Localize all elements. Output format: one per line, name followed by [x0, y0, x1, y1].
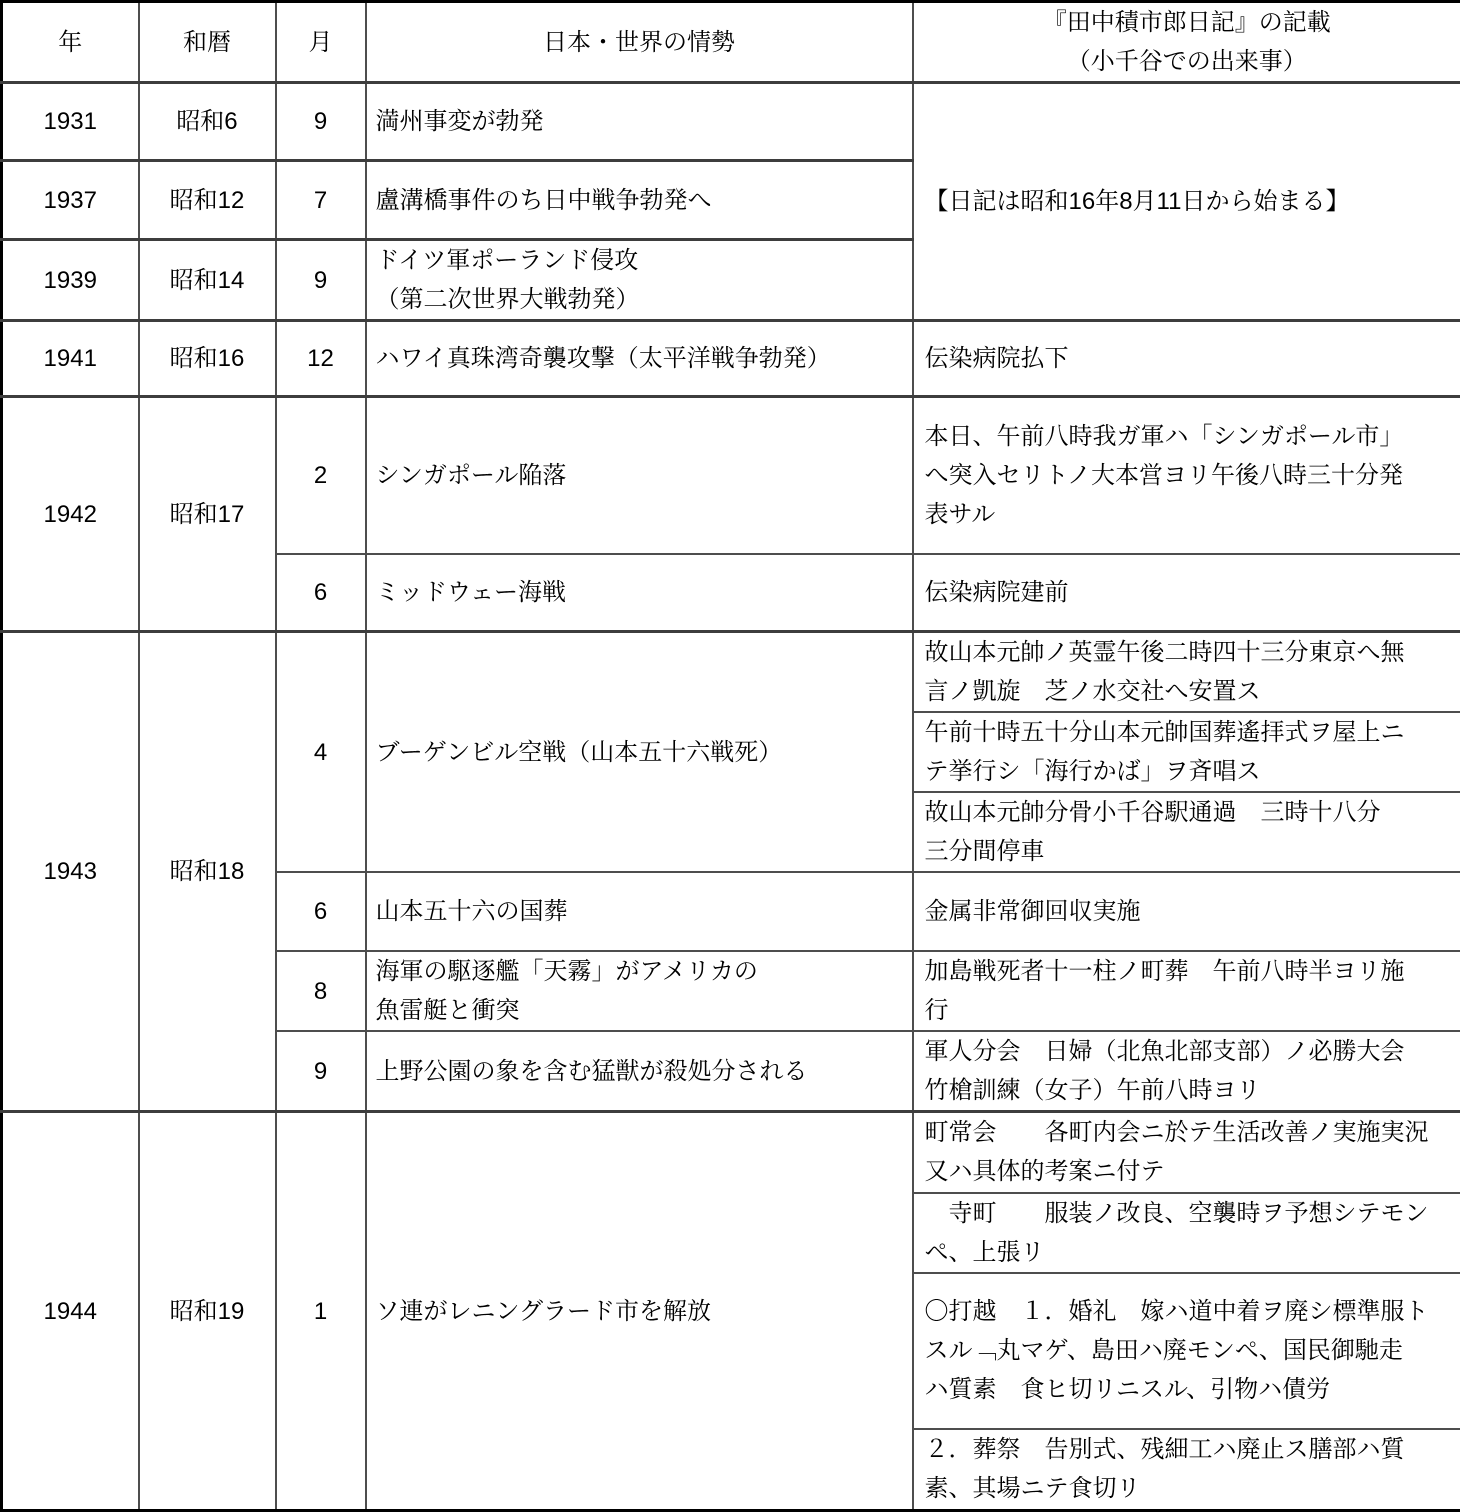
diary-entry-cell: 金属非常御回収実施	[913, 872, 1460, 951]
world-event-cell: ハワイ真珠湾奇襲攻撃（太平洋戦争勃発）	[366, 321, 913, 397]
month-cell: 6	[276, 554, 366, 632]
month-cell: 4	[276, 632, 366, 873]
chronology-table: 年 和暦 月 日本・世界の情勢 『田中積市郎日記』の記載 （小千谷での出来事） …	[0, 0, 1460, 1512]
col-header-month: 月	[276, 2, 366, 83]
year-cell: 1942	[2, 397, 139, 632]
table-header-row: 年 和暦 月 日本・世界の情勢 『田中積市郎日記』の記載 （小千谷での出来事）	[2, 2, 1460, 83]
era-cell: 昭和17	[139, 397, 276, 632]
table-row: 1941 昭和16 12 ハワイ真珠湾奇襲攻撃（太平洋戦争勃発） 伝染病院払下	[2, 321, 1460, 397]
world-event-cell: ドイツ軍ポーランド侵攻 （第二次世界大戦勃発）	[366, 240, 913, 321]
year-cell: 1943	[2, 632, 139, 1112]
month-cell: 1	[276, 1112, 366, 1511]
month-cell: 7	[276, 161, 366, 240]
diary-entry-cell: 本日、午前八時我ガ軍ハ「シンガポール市」 へ突入セリトノ大本営ヨリ午後八時三十分…	[913, 397, 1460, 554]
month-cell: 2	[276, 397, 366, 554]
year-cell: 1944	[2, 1112, 139, 1511]
world-event-cell: ミッドウェー海戦	[366, 554, 913, 632]
world-event-cell: 満州事変が勃発	[366, 83, 913, 161]
diary-entry-cell: 伝染病院払下	[913, 321, 1460, 397]
month-cell: 12	[276, 321, 366, 397]
month-cell: 8	[276, 951, 366, 1031]
era-cell: 昭和14	[139, 240, 276, 321]
world-event-cell: 盧溝橋事件のち日中戦争勃発へ	[366, 161, 913, 240]
world-event-cell: 海軍の駆逐艦「天霧」がアメリカの 魚雷艇と衝突	[366, 951, 913, 1031]
diary-entry-cell: 〇打越 １．婚礼 嫁ハ道中着ヲ廃シ標準服ト スル﹁丸マゲ、島田ハ廃モンペ、国民御…	[913, 1273, 1460, 1429]
table-row: 1942 昭和17 2 シンガポール陥落 本日、午前八時我ガ軍ハ「シンガポール市…	[2, 397, 1460, 554]
year-cell: 1937	[2, 161, 139, 240]
era-cell: 昭和12	[139, 161, 276, 240]
era-cell: 昭和19	[139, 1112, 276, 1511]
world-event-cell: 山本五十六の国葬	[366, 872, 913, 951]
diary-start-note-cell: 【日記は昭和16年8月11日から始まる】	[913, 83, 1460, 321]
world-event-cell: ブーゲンビル空戦（山本五十六戦死）	[366, 632, 913, 873]
world-event-cell: シンガポール陥落	[366, 397, 913, 554]
month-cell: 6	[276, 872, 366, 951]
era-cell: 昭和6	[139, 83, 276, 161]
era-cell: 昭和18	[139, 632, 276, 1112]
year-cell: 1939	[2, 240, 139, 321]
month-cell: 9	[276, 240, 366, 321]
diary-entry-cell: 故山本元帥ノ英霊午後二時四十三分東京へ無 言ノ凱旋 芝ノ水交社へ安置ス	[913, 632, 1460, 713]
table-row: 1931 昭和6 9 満州事変が勃発 【日記は昭和16年8月11日から始まる】	[2, 83, 1460, 161]
diary-entry-cell: 午前十時五十分山本元帥国葬遙拝式ヲ屋上ニ テ挙行シ「海行かば」ヲ斉唱ス	[913, 712, 1460, 792]
year-cell: 1941	[2, 321, 139, 397]
month-cell: 9	[276, 1031, 366, 1112]
diary-entry-cell: ２．葬祭 告別式、残細工ハ廃止ス膳部ハ質 素、其場ニテ食切リ	[913, 1429, 1460, 1511]
world-event-cell: ソ連がレニングラード市を解放	[366, 1112, 913, 1511]
diary-entry-cell: 軍人分会 日婦（北魚北部支部）ノ必勝大会 竹槍訓練（女子）午前八時ヨリ	[913, 1031, 1460, 1112]
col-header-era: 和暦	[139, 2, 276, 83]
year-cell: 1931	[2, 83, 139, 161]
diary-entry-cell: 加島戦死者十一柱ノ町葬 午前八時半ヨリ施 行	[913, 951, 1460, 1031]
table-row: 1943 昭和18 4 ブーゲンビル空戦（山本五十六戦死） 故山本元帥ノ英霊午後…	[2, 632, 1460, 713]
col-header-year: 年	[2, 2, 139, 83]
month-cell: 9	[276, 83, 366, 161]
col-header-diary: 『田中積市郎日記』の記載 （小千谷での出来事）	[913, 2, 1460, 83]
diary-entry-cell: 伝染病院建前	[913, 554, 1460, 632]
world-event-cell: 上野公園の象を含む猛獣が殺処分される	[366, 1031, 913, 1112]
era-cell: 昭和16	[139, 321, 276, 397]
diary-entry-cell: 町常会 各町内会ニ於テ生活改善ノ実施実況 又ハ具体的考案ニ付テ	[913, 1112, 1460, 1193]
diary-entry-cell: 故山本元帥分骨小千谷駅通過 三時十八分 三分間停車	[913, 792, 1460, 872]
table-row: 1944 昭和19 1 ソ連がレニングラード市を解放 町常会 各町内会ニ於テ生活…	[2, 1112, 1460, 1193]
diary-entry-cell: 寺町 服装ノ改良、空襲時ヲ予想シテモン ペ、上張リ	[913, 1193, 1460, 1273]
col-header-world-events: 日本・世界の情勢	[366, 2, 913, 83]
